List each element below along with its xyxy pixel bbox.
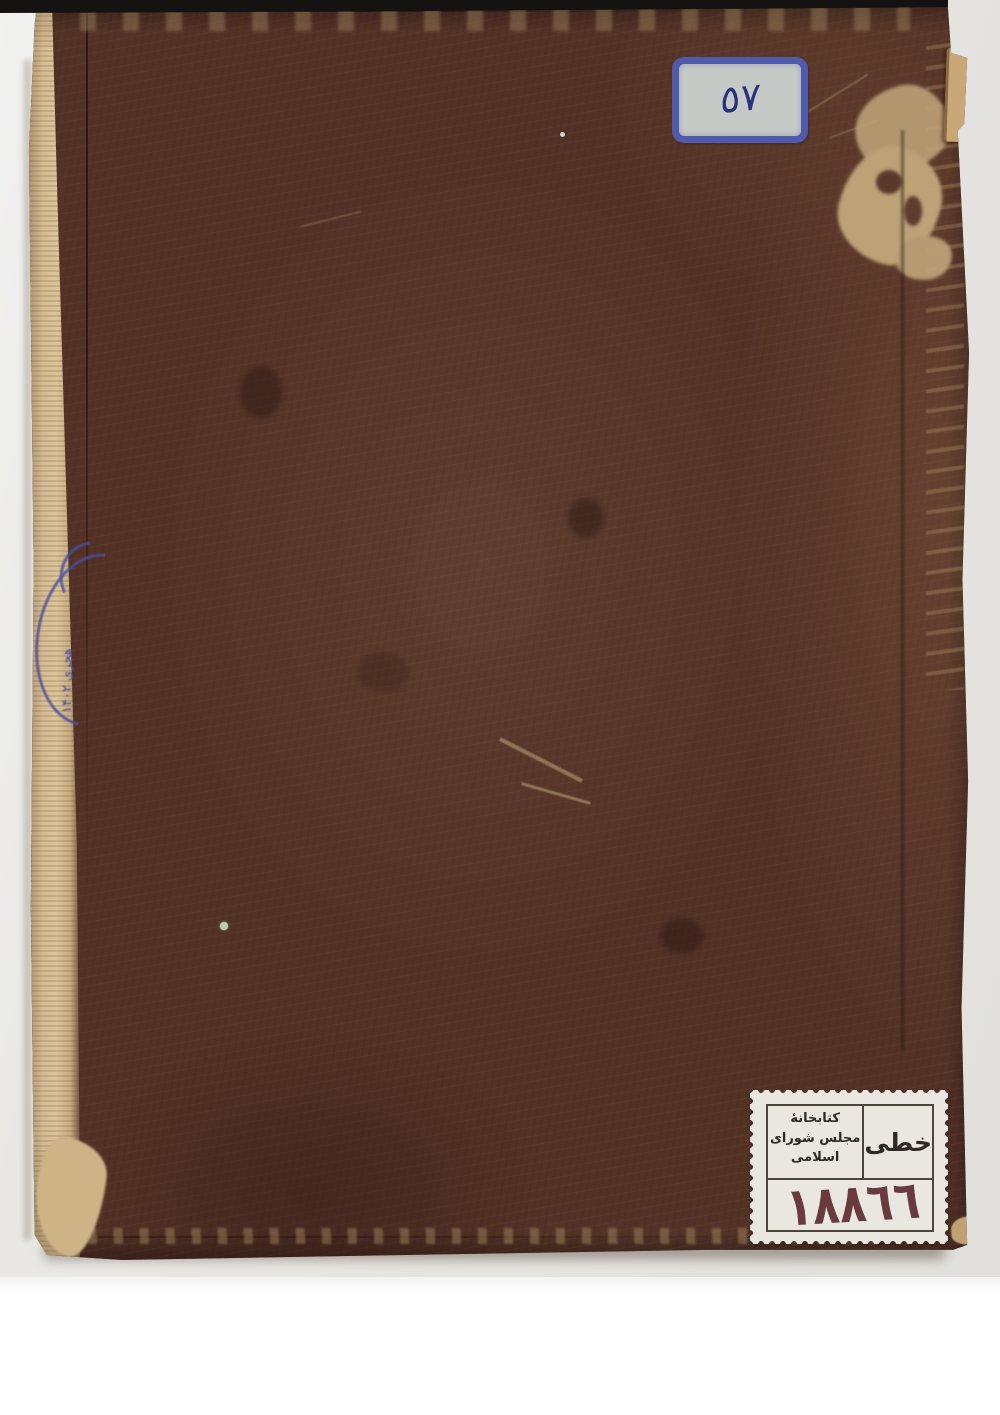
library-label-box: کتابخانهٔ مجلس شورای اسلامی خطی ١٨٨٦٦ xyxy=(766,1104,934,1232)
library-name-line: مجلس شورای xyxy=(768,1129,862,1149)
shelf-number-label: ٥٧ xyxy=(672,57,808,143)
collection-type-cell: خطی xyxy=(862,1106,932,1178)
book-back-cover: ۱۴۰۲ هجری ٥٧ کتابخانهٔ مجلس شورای اسلامی… xyxy=(28,0,970,1260)
collection-type-text: خطی xyxy=(864,1128,932,1157)
dark-stain xyxy=(240,366,282,418)
page-margin xyxy=(0,1277,1000,1415)
paint-speck xyxy=(220,922,228,930)
library-name-cell: کتابخانهٔ مجلس شورای اسلامی xyxy=(768,1106,862,1178)
library-name-line: اسلامی xyxy=(768,1148,862,1168)
shelf-number: ٥٧ xyxy=(719,77,761,124)
paint-speck xyxy=(560,132,565,137)
fore-edge-stamp: ۱۴۰۲ هجری xyxy=(34,545,114,735)
library-label-paper: کتابخانهٔ مجلس شورای اسلامی خطی ١٨٨٦٦ xyxy=(755,1095,943,1239)
library-label: کتابخانهٔ مجلس شورای اسلامی خطی ١٨٨٦٦ xyxy=(750,1090,948,1244)
library-label-header: کتابخانهٔ مجلس شورای اسلامی خطی xyxy=(768,1106,932,1180)
dark-stain xyxy=(568,498,604,538)
wear-hole xyxy=(904,196,922,226)
leather-crease xyxy=(901,130,904,1050)
tooled-frame-line xyxy=(86,10,952,1246)
dark-stain xyxy=(660,918,704,954)
stamp-date-text: ۱۴۰۲ هجری xyxy=(60,573,75,713)
scanned-book-photo: ۱۴۰۲ هجری ٥٧ کتابخانهٔ مجلس شورای اسلامی… xyxy=(0,0,1000,1415)
library-name-line: کتابخانهٔ xyxy=(768,1109,862,1129)
dark-stain xyxy=(358,652,408,692)
accession-number: ١٨٨٦٦ xyxy=(769,1170,936,1240)
wear-hole xyxy=(876,170,902,194)
